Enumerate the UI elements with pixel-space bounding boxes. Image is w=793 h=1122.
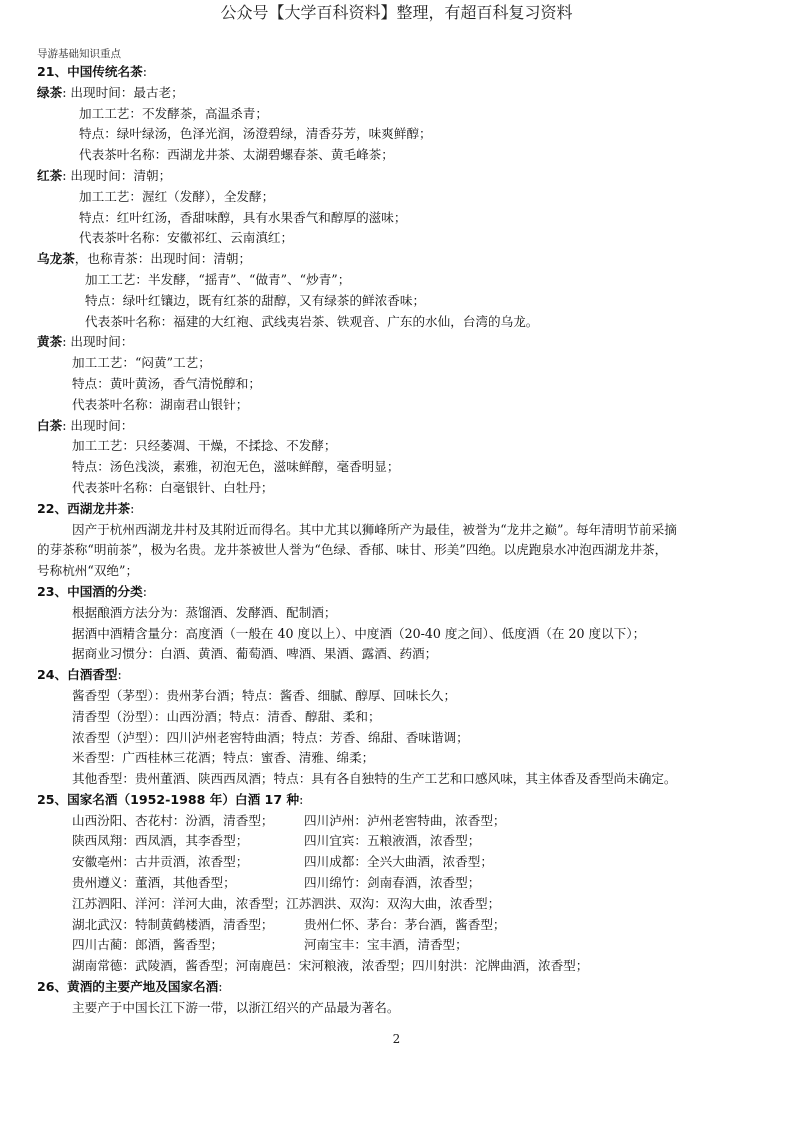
list-line: 主要产于中国长江下游一带，以浙江绍兴的产品最为著名。 xyxy=(37,998,757,1019)
document-subtitle: 导游基础知识重点 xyxy=(37,47,121,61)
tea-black-intro: 红茶: 出现时间：清朝； xyxy=(37,166,757,187)
tea-name: 乌龙茶 xyxy=(37,251,75,266)
section-heading-25: 25、国家名酒（1952-1988 年）白酒 17 种: xyxy=(37,790,757,811)
list-line: 据酒中酒精含量分：高度酒（一般在 40 度以上）、中度酒（20-40 度之间）、… xyxy=(37,624,757,645)
tea-detail: 特点：黄叶黄汤，香气清悦醇和； xyxy=(37,374,757,395)
tea-name: 绿茶 xyxy=(37,85,62,100)
tea-detail: 特点：汤色浅淡，素雅，初泡无色，滋味鲜醇，毫香明显； xyxy=(37,457,757,478)
section-heading-22: 22、西湖龙井茶: xyxy=(37,499,757,520)
tea-detail: 代表茶叶名称：福建的大红袍、武线夷岩茶、铁观音、广东的水仙，台湾的乌龙。 xyxy=(37,312,757,333)
tea-detail: 特点：红叶红汤，香甜味醇，具有水果香气和醇厚的滋味； xyxy=(37,208,757,229)
tea-white-intro: 白茶: 出现时间： xyxy=(37,416,757,437)
liquor-row: 湖北武汉：特制黄鹤楼酒，清香型；贵州仁怀、茅台：茅台酒，酱香型； xyxy=(37,915,757,936)
tea-detail: 特点：绿叶绿汤，色泽光润，汤澄碧绿，清香芬芳，味爽鲜醇； xyxy=(37,124,757,145)
liquor-row: 湖南常德：武陵酒，酱香型；河南鹿邑：宋河粮液，浓香型；四川射洪：沱牌曲酒，浓香型… xyxy=(37,956,757,977)
section-heading-26: 26、黄酒的主要产地及国家名酒: xyxy=(37,977,757,998)
tea-name: 红茶 xyxy=(37,168,62,183)
document-header: 公众号【大学百科资料】整理，有超百科复习资料 xyxy=(0,3,793,23)
document-body: 21、中国传统名茶: 绿茶: 出现时间：最古老； 加工工艺：不发酵茶，高温杀青；… xyxy=(37,62,757,1019)
liquor-row: 贵州遵义：董酒，其他香型；四川绵竹：剑南春酒，浓香型； xyxy=(37,873,757,894)
tea-detail: 代表茶叶名称：白毫银针、白牡丹； xyxy=(37,478,757,499)
list-line: 清香型（汾型）：山西汾酒；特点：清香、醇甜、柔和； xyxy=(37,707,757,728)
tea-detail: 代表茶叶名称：湖南君山银针； xyxy=(37,395,757,416)
tea-detail: 加工工艺：只经萎凋、干燥，不揉捻、不发酵； xyxy=(37,436,757,457)
tea-detail: 加工工艺：不发酵茶，高温杀青； xyxy=(37,104,757,125)
liquor-row: 江苏泗阳、洋河：洋河大曲，浓香型；江苏泗洪、双沟：双沟大曲，浓香型； xyxy=(37,894,757,915)
tea-oolong-intro: 乌龙茶，也称青茶：出现时间：清朝； xyxy=(37,249,757,270)
tea-name: 黄茶 xyxy=(37,334,62,349)
paragraph-line: 的芽茶称“明前茶”，极为名贵。龙井茶被世人誉为“色绿、香郁、味甘、形美”四绝。以… xyxy=(37,540,757,561)
section-heading-21: 21、中国传统名茶: xyxy=(37,62,757,83)
section-heading-24: 24、白酒香型: xyxy=(37,665,757,686)
tea-detail: 代表茶叶名称：安徽祁红、云南滇红； xyxy=(37,228,757,249)
list-line: 其他香型：贵州董酒、陕西西凤酒；特点：具有各自独特的生产工艺和口感风味，其主体香… xyxy=(37,769,757,790)
tea-green-intro: 绿茶: 出现时间：最古老； xyxy=(37,83,757,104)
paragraph-line: 因产于杭州西湖龙井村及其附近而得名。其中尤其以狮峰所产为最佳，被誉为“龙井之巅”… xyxy=(37,520,757,541)
list-line: 根据酿酒方法分为：蒸馏酒、发酵酒、配制酒； xyxy=(37,603,757,624)
tea-detail: 特点：绿叶红镶边，既有红茶的甜醇，又有绿茶的鲜浓香味； xyxy=(37,291,757,312)
liquor-row: 山西汾阳、杏花村：汾酒，清香型；四川泸州：泸州老窖特曲，浓香型； xyxy=(37,811,757,832)
tea-detail: 代表茶叶名称：西湖龙井茶、太湖碧螺春茶、黄毛峰茶； xyxy=(37,145,757,166)
tea-yellow-intro: 黄茶: 出现时间： xyxy=(37,332,757,353)
tea-name: 白茶 xyxy=(37,418,62,433)
liquor-row: 四川古蔺：郎酒，酱香型；河南宝丰：宝丰酒，清香型； xyxy=(37,935,757,956)
liquor-row: 安徽亳州：古井贡酒，浓香型；四川成都：全兴大曲酒，浓香型； xyxy=(37,852,757,873)
list-line: 米香型：广西桂林三花酒；特点：蜜香、清雅、绵柔； xyxy=(37,748,757,769)
list-line: 据商业习惯分：白酒、黄酒、葡萄酒、啤酒、果酒、露酒、药酒； xyxy=(37,644,757,665)
tea-detail: 加工工艺：渥红（发酵），全发酵； xyxy=(37,187,757,208)
liquor-row: 陕西凤翔：西凤酒，其李香型；四川宜宾：五粮液酒，浓香型； xyxy=(37,831,757,852)
tea-detail: 加工工艺：“闷黄”工艺； xyxy=(37,353,757,374)
paragraph-line: 号称杭州“双绝”； xyxy=(37,561,757,582)
list-line: 浓香型（泸型）：四川泸州老窖特曲酒；特点：芳香、绵甜、香味谐调； xyxy=(37,728,757,749)
page-number: 2 xyxy=(0,1032,793,1046)
section-heading-23: 23、中国酒的分类: xyxy=(37,582,757,603)
list-line: 酱香型（茅型）：贵州茅台酒；特点：酱香、细腻、醇厚、回味长久； xyxy=(37,686,757,707)
tea-detail: 加工工艺：半发酵，“摇青”、“做青”、“炒青”； xyxy=(37,270,757,291)
